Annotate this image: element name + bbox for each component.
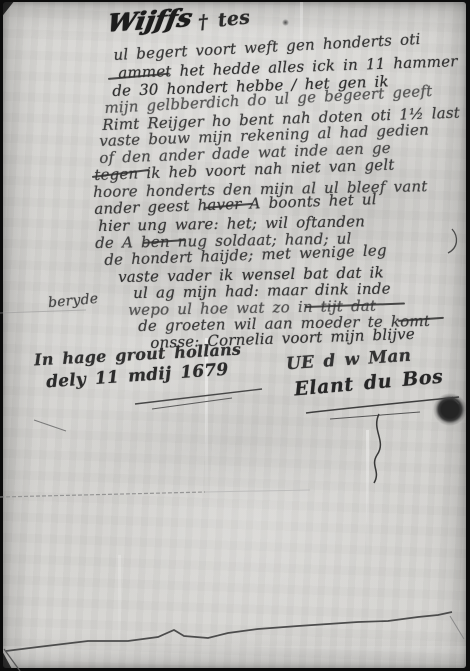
manuscript-scan: Wijffs † tes ul begert voort weft gen ho… xyxy=(0,0,470,671)
ink-blot xyxy=(433,393,467,426)
torn-bottom-flap xyxy=(3,646,466,668)
ink-dot xyxy=(282,19,289,26)
